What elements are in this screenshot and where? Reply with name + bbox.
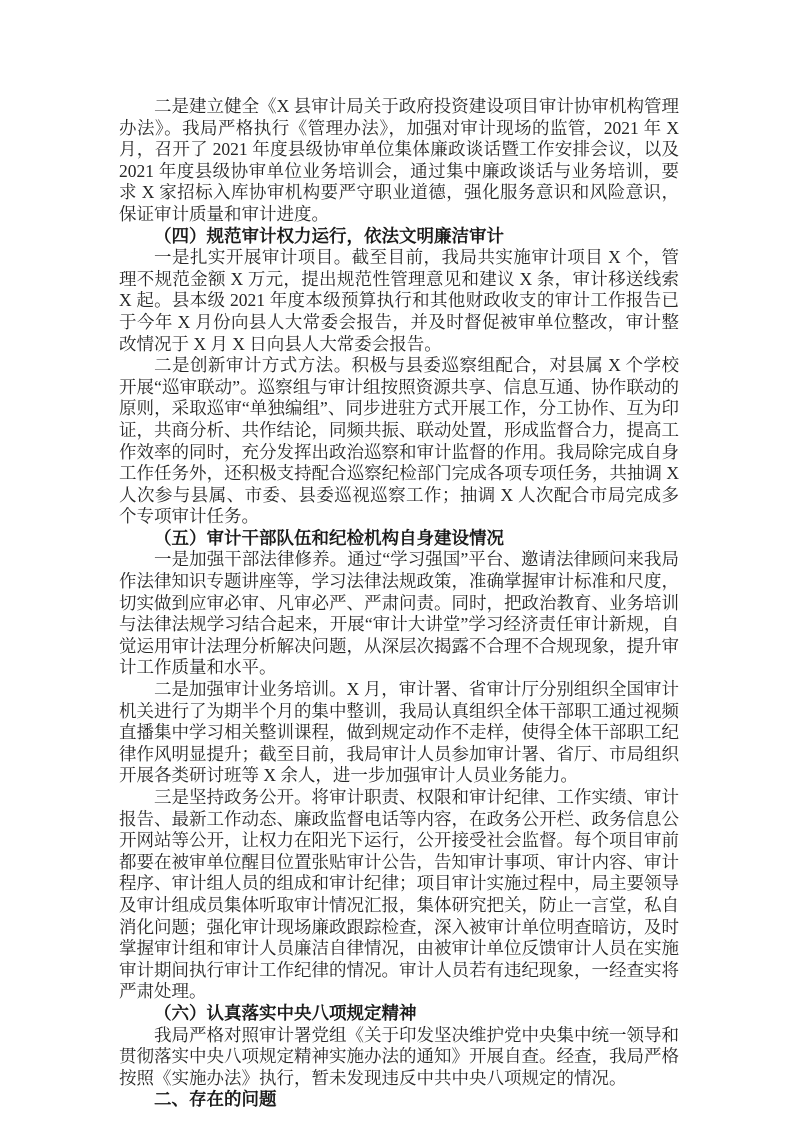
paragraph-legal-training: 一是加强干部法律修养。通过“学习强国”平台、邀请法律顾问来我局作法律知识专题讲座…	[119, 549, 679, 679]
section-heading-6: （六）认真落实中央八项规定精神	[119, 1003, 679, 1025]
paragraph-audit-projects: 一是扎实开展审计项目。截至目前，我局共实施审计项目 X 个，管理不规范金额 X …	[119, 247, 679, 355]
paragraph-eight-point-regulations: 我局严格对照审计署党组《关于印发坚决维护党中央集中统一领导和贯彻落实中央八项规定…	[119, 1025, 679, 1090]
section-heading-problems: 二、存在的问题	[119, 1089, 679, 1111]
section-heading-4: （四）规范审计权力运行，依法文明廉洁审计	[119, 226, 679, 248]
document-body: 二是建立健全《X 县审计局关于政府投资建设项目审计协审机构管理办法》。我局严格执…	[119, 96, 679, 1111]
paragraph-business-training: 二是加强审计业务培训。X 月，审计署、省审计厅分别组织全国审计机关进行了为期半个…	[119, 679, 679, 787]
document-page: 二是建立健全《X 县审计局关于政府投资建设项目审计协审机构管理办法》。我局严格执…	[0, 0, 793, 1122]
section-heading-5: （五）审计干部队伍和纪检机构自身建设情况	[119, 528, 679, 550]
paragraph-coordination-measures: 二是建立健全《X 县审计局关于政府投资建设项目审计协审机构管理办法》。我局严格执…	[119, 96, 679, 226]
paragraph-government-transparency: 三是坚持政务公开。将审计职责、权限和审计纪律、工作实绩、审计报告、最新工作动态、…	[119, 787, 679, 1003]
paragraph-audit-methods: 二是创新审计方式方法。积极与县委巡察组配合，对县属 X 个学校开展“巡审联动”。…	[119, 355, 679, 528]
